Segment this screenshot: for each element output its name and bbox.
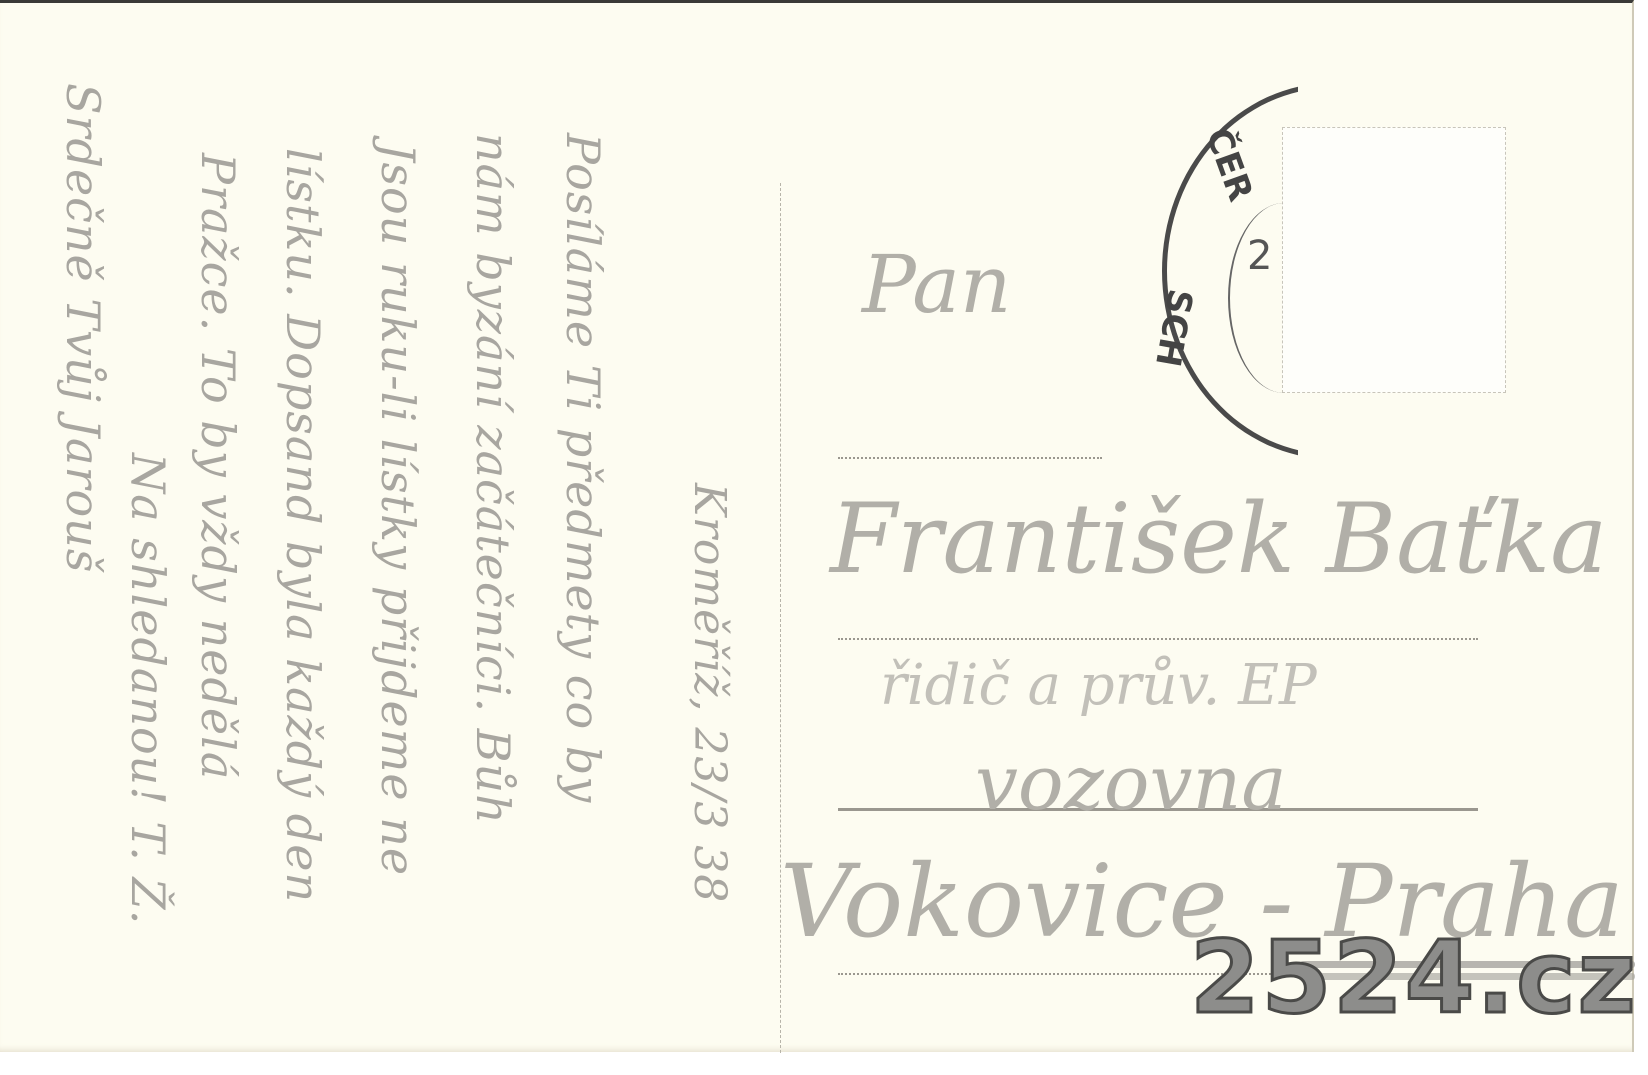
- message-line-4: lístku. Dopsand byla každý den: [276, 148, 330, 903]
- message-line-6: Na shledanou! T. Ž.: [121, 453, 175, 925]
- postmark-inner-ring: [1228, 203, 1340, 393]
- watermark-logo: 2524.cz: [1190, 928, 1638, 1028]
- message-line-5: Pražce. To by vždy nedělá: [191, 153, 245, 780]
- postmark-date: 2: [1247, 233, 1272, 279]
- address-salutation: Pan: [862, 238, 1011, 331]
- address-name: František Baťka: [830, 483, 1607, 595]
- address-line-1: [838, 457, 1102, 459]
- address-place: vozovna: [975, 738, 1287, 827]
- message-signature: Srdečně Tvůj Jarouš: [56, 83, 110, 573]
- message-line-2: nám byzání začátečníci. Bůh: [466, 133, 520, 825]
- postcard: Posíláme Ti předmety co by nám byzání za…: [0, 0, 1634, 1052]
- message-line-3: Jsou ruku-li lístky přijdeme ne: [371, 143, 425, 876]
- message-line-1: Posíláme Ti předmety co by: [556, 133, 610, 803]
- address-title: řidič a prův. EP: [880, 653, 1317, 718]
- address-line-2: [838, 638, 1478, 640]
- place-date: Kroměříž, 23/3 38: [684, 483, 735, 903]
